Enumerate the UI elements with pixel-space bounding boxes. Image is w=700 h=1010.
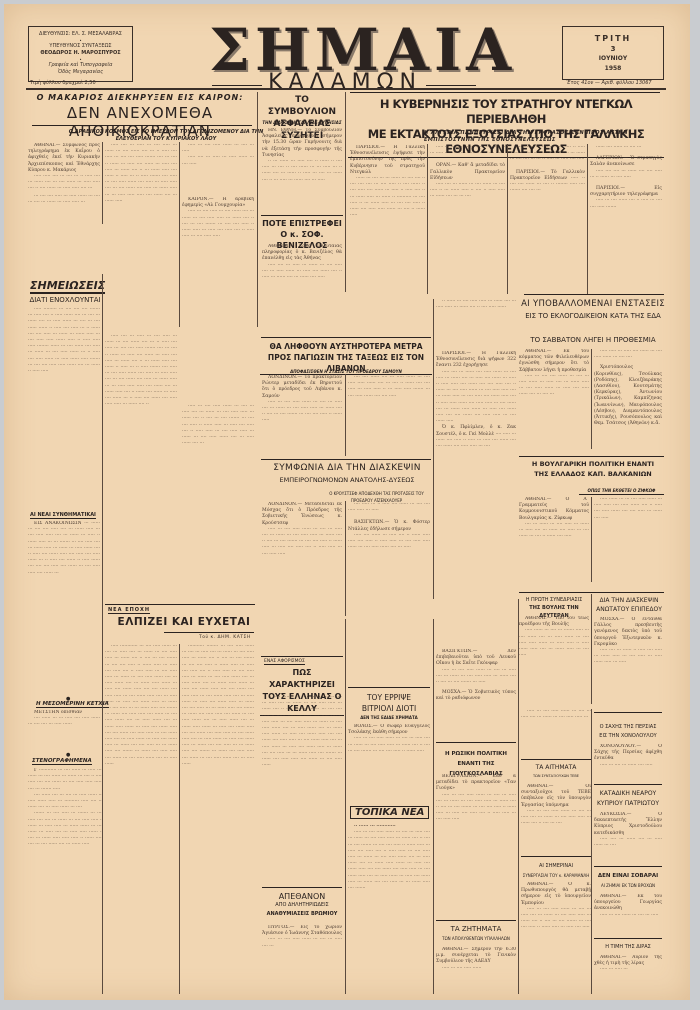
- degaulle-deck: Η ΑΛΓΕΡΙΑ ΠΑΝΗΓΥΡΙΖΕΙ ΔΙΑ ΤΗΝ ΕΚΦΡΑΣΘΕΙΣ…: [424, 130, 644, 144]
- lebanon-col-4: ΠΑΡΙΣΙΟΙ.— Ἡ Γαλλικὴ Ἐθνοσυνέλευσις διὰ …: [436, 351, 516, 596]
- dismissed-body: ΑΘΗΝΑΙ.— Σήμερον τὴν 6.30 μ.μ. συνέρχετα…: [436, 947, 516, 992]
- article-text: ΑΘΗΝΑΙ.— Ὁ κ. Πρωθυπουργὸς θὰ μεταβῇ σήμ…: [521, 882, 591, 907]
- eda-headline-3: ΤΟ ΣΑΒΒΑΤΟΝ ΛΗΓΕΙ Η ΠΡΟΘΕΣΜΙΑ: [518, 336, 668, 344]
- parliament-body: ΑΘΗΝΑΙ.— Ὑπὸ τοῦ τέως προέδρου τῆς Βουλῆ…: [519, 616, 589, 711]
- makarios-col-3b: ····· ··· ···· ····· ······ ··· ···· ···…: [182, 404, 254, 574]
- headline-line: ΔΕΝ ΕΙΝΑΙ ΣΟΒΑΡΑΙ: [592, 872, 664, 881]
- year: 1958: [563, 65, 663, 72]
- bulgaria-deck: ΟΠΩΣ ΤΗΝ ΕΚΘΕΤΕΙ Ο ΖΙΦΚΩΦ: [579, 487, 664, 495]
- article-text: ΛΕΥΚΩΣΙΑ.— Ὁ δεκαεπταετὴς Ἕλλην Κύπριος …: [594, 812, 662, 837]
- aphorism-section-label: ΕΝΑΣ ΑΦΟΡΙΣΜΟΣ: [264, 659, 305, 665]
- headline-line: ΤΑ ΖΗΤΗΜΑΤΑ: [434, 924, 518, 934]
- column-rule: [427, 144, 428, 294]
- headline-line: ΤΑ ΑΙΤΗΜΑΤΑ: [519, 764, 593, 772]
- rule: [594, 866, 662, 867]
- column-rule: [345, 92, 346, 292]
- article-text: ···· ····· ··· ·· ····· ···· ······ ··· …: [348, 502, 430, 514]
- article-text: ····· ··· ···· ····· ······ ··· ···· ···…: [521, 907, 591, 932]
- headline-line: ΑΠΟ ΔΗΛΗΤΗΡΙΩΔΕΙΣ: [260, 901, 344, 910]
- headline-line: ΑΝΩΤΑΤΟΥ ΕΠΙΠΕΔΟΥ: [593, 605, 665, 614]
- new-era-section-label: ΝΕΑ ΕΠΟΧΗ: [108, 607, 150, 614]
- article-text: ···· ···· ······ ···· ··· ····· ······ ·…: [348, 375, 430, 400]
- article-text: ····· ···· ··· ······ ·· ····· ···· ····…: [594, 648, 662, 667]
- day-of-week: ΤΡΙΤΗ: [563, 34, 663, 43]
- article-text: ·· ····· ········ ··· ···· ····· ······ …: [262, 695, 342, 769]
- article-text: ΚΑΪΡΟΝ.— Ἡ ἀραβικὴ ἐφημερὶς «Αλ Γουμχουρ…: [182, 197, 254, 209]
- column-rule: [345, 501, 346, 616]
- article-text: ΕΙΣ ΑΝΑΚΟΙΝΩΣΙΝ ··· ······ ··· ···· ····…: [28, 521, 100, 577]
- codes-section-title: ΑΙ ΝΕΑΙ ΣΥΝΘΗΜΑΤΙΚΑΙ: [30, 512, 96, 519]
- rule: [164, 632, 254, 633]
- eda-col-2: ····· ····· ··· ····· ···· ······ ··· ··…: [594, 349, 662, 454]
- article-text: ····· ··· ···· ····· ······: [436, 966, 516, 972]
- article-text: ΜΟΣΧΑ.— Ὁ ἐνταῦθα Γάλλος πρεσβευτὴς γενό…: [594, 617, 662, 648]
- headline-line: ΤΩΝ ΣΥΝΤΑΞΙΟΥΧΩΝ ΤΕΒΕ: [519, 772, 593, 780]
- article-text: ΠΑΡΙΣΙΟΙ.— Ἡ Γαλλικὴ Ἐθνοσυνέλευσις διὰ …: [436, 351, 516, 370]
- headline-line: ΔΙΑ ΤΗΝ ΔΙΑΣΚΕΨΙΝ: [593, 596, 665, 605]
- rule: [261, 656, 343, 657]
- hopes-byline: Τοῦ κ. ΔΗΜ. ΚΑΤΣΗ: [199, 635, 251, 640]
- column-rule: [102, 142, 103, 224]
- stenographed-body: Γ ············ ··· ···· ······ ··· ·····…: [28, 768, 103, 993]
- bulgaria-col-2: ····· ······ ··· ··· ···· ····· ······ ·…: [594, 497, 662, 579]
- headline-line: Ο ΣΑΧΗΣ ΤΗΣ ΠΕΡΣΙΑΣ: [592, 723, 664, 732]
- headline-line: ΤΗΣ ΕΛΛΑΔΟΣ ΚΑΠ. ΒΑΛΚΑΝΙΩΝ: [518, 469, 668, 479]
- article-text: ΠΑΡΙΣΙΟΙ.— Τὸ Γαλλικὸν Πρακτορεῖον Εἰδήσ…: [510, 170, 585, 195]
- article-text: ΒΑΣΙΓΚΤΩΝ.— Ὁ κ. Φόστερ Ντάλλες ἐδήλωσε …: [348, 520, 430, 532]
- cypriot-headline: ΚΑΤΑΔΙΚΗ ΝΕΑΡΟΥ ΚΥΠΡΙΟΥ ΠΑΤΡΙΩΤΟΥ: [592, 789, 664, 809]
- rule: [105, 604, 255, 605]
- codes-body: ΕΙΣ ΑΝΑΚΟΙΝΩΣΙΝ ··· ······ ··· ···· ····…: [28, 521, 100, 649]
- headline-line: ΑΙ ΖΗΜΙΑΙ ΕΚ ΤΩΝ ΒΡΟΧΩΝ: [592, 881, 664, 890]
- headline-line: ΠΟΤΕ ΕΠΙΣΤΡΕΦΕΙ: [261, 218, 343, 229]
- article-text: ····· ···· ··· ····· ··· ······ ··· ····…: [262, 263, 342, 282]
- degaulle-top-rule: [350, 92, 660, 93]
- notes-subtitle: ΔΙΑΤΙ ΕΝΟΧΛΟΥΝΤΑΙ: [26, 296, 104, 304]
- headline-line: Η ΒΟΥΛΓΑΡΙΚΗ ΠΟΛΙΤΙΚΗ ΕΝΑΝΤΙ: [518, 459, 668, 469]
- article-text: Γ ············ ··· ···· ······ ··· ·····…: [28, 768, 103, 793]
- rule: [348, 687, 430, 688]
- article-text: ΜΟΣΧΑ.— Ὁ Σοβιετικὸς τύπος καὶ τὸ ραδιόφ…: [436, 690, 516, 702]
- article-text: ····· ··· ···· ······ ··· ···· ··· ·····: [594, 913, 662, 919]
- article-text: ····· ··· ···· ····· ······ ··· ···· ···…: [436, 793, 516, 824]
- rule: [594, 938, 662, 939]
- cypriot-body: ΛΕΥΚΩΣΙΑ.— Ὁ δεκαεπταετὴς Ἕλλην Κύπριος …: [594, 812, 662, 862]
- editor-box: ΔΙΕΥΘΥΝΣΙΣ: ΕΛ. Σ. ΜΕΣΑΛΑΒΡΑΣ • ΥΠΕΥΘΥΝΟ…: [28, 26, 133, 82]
- teve-headline: ΤΑ ΑΙΤΗΜΑΤΑ ΤΩΝ ΣΥΝΤΑΞΙΟΥΧΩΝ ΤΕΒΕ: [519, 764, 593, 780]
- midday-body: ΜΕΤΣΤΗΝ ὁπισθίαν ···· ······ ··· ··· ···…: [28, 710, 100, 755]
- article-text: ····· ···· ···· ··· ······ ···· ···· ···…: [590, 169, 662, 181]
- article-text: ····· ··· ···· ····· ······ ··· ···· ···…: [262, 527, 342, 558]
- local-news-title: ΤΟΠΙΚΑ ΝΕΑ: [350, 806, 429, 819]
- article-text: ····· ··· ···· ····· ··· ···· ······ ···…: [182, 209, 254, 240]
- article-text: ···· ······· ··· ···· ··· ····· ···· ·· …: [510, 145, 585, 164]
- vitriol-headline: ΤΟΥ ΕΡΡΙΨΕ ΒΙΤΡΙΟΛΙ ΔΙΟΤΙ ΔΕΝ ΤΗΣ ΕΔΙΔΕ …: [347, 692, 431, 721]
- degaulle-col-3: ···· ······· ··· ···· ··· ····· ···· ·· …: [510, 145, 585, 295]
- karamanlis-headline: ΑΙ ΣΗΜΕΡΙΝΑΙ ΣΥΝΕΡΓΑΣΙΑΙ ΤΟΥ κ. ΚΑΡΑΜΑΝΛ…: [519, 862, 593, 880]
- article-text: ΠΑΡΙΣΙΟΙ.— Ἡ Γαλλικὴ Ἐθνοσυνέλευσις ἐψήφ…: [350, 145, 425, 176]
- vitriol-body: ΒΟΛΟΣ.— Ὁ σωφὲρ Εὐάγγελος Τσολάκης ἐκάθη…: [348, 724, 430, 799]
- article-text: ····· ···· ··· ······ ··· ···· ······ ··…: [430, 182, 505, 201]
- article-text: ·· ······ ··· ···· ····· ····· ··· ·····…: [436, 299, 516, 311]
- article-text: ΑΘΗΝΑΙ.— Κατὰ τελευταίας πληροφορίας ὁ κ…: [262, 244, 342, 263]
- article-text: ····· ··· ···· ····· ······ ··· ···· ···…: [348, 736, 430, 755]
- article-text: ΑΘΗΝΑΙ.— Σύμφωνος πρὸς τηλεγράφημα ἐκ Κα…: [28, 143, 100, 174]
- article-text: ····· ···· ··· ····· ··· ···· ····· ··· …: [105, 334, 177, 408]
- died-body: ΠΥΡΓΟΣ.— Εἰς τὸ χωρίον Ἀγιάσιον ὁ Ἰωάννη…: [262, 925, 342, 990]
- article-text: ΒΑΣΙΓΚΤΩΝ.— Δὲν ἐπιβεβαιοῦται ὑπὸ τοῦ Λε…: [436, 649, 516, 668]
- midday-section-title: Η ΜΕΣΟΜΕΡΙΝΗ ΚΕΤΧΙΑ: [36, 701, 109, 708]
- rule: [594, 712, 662, 713]
- headline-line: ΑΙ ΣΗΜΕΡΙΝΑΙ: [519, 862, 593, 871]
- experts-headline-2: ΕΜΠΕΙΡΟΓΝΩΜΟΝΩΝ ΑΝΑΤΟΛΗΣ-ΔΥΣΕΩΣ: [260, 476, 434, 484]
- rule: [436, 920, 516, 921]
- article-text: ··· ···· ···· ····· ··· ····· ······ ···…: [28, 194, 100, 206]
- lebanon-col-1: ΛΟΝΔΙΝΟΝ.— Τὸ πρακτορεῖον Ρώυτερ μεταδίδ…: [262, 375, 342, 455]
- article-text: ΑΛΓΕΡΙΟΝ.— Ὁ στρατηγὸς Σαλὰν ἀνεκοίνωσε: [590, 156, 662, 168]
- subtitle-rule-right: [426, 85, 476, 86]
- article-text: ····· ··· ···· ····· ······ ··· ···· ···…: [182, 404, 254, 447]
- article-text: ······ ···· ······ ··· ···· ···: [590, 145, 662, 151]
- venizelos-body: ΑΘΗΝΑΙ.— Κατὰ τελευταίας πληροφορίας ὁ κ…: [262, 244, 342, 329]
- rule: [521, 856, 591, 857]
- notes-body: ····· ········· ··· ···· ···· ···· ·····…: [28, 307, 100, 497]
- masthead-rule: [26, 88, 666, 90]
- damage-body: ΑΘΗΝΑΙ.— Ἐκ τοῦ ὑπουργείου Γεωργίας ἀνεκ…: [594, 894, 662, 936]
- article-text: ΒΕΛΙΓΡΑΔΙΟΝ.— Καθ' ἃ μεταδίδει τὸ πρακτο…: [436, 774, 516, 793]
- column-rule: [345, 619, 346, 994]
- shah-body: ΧΟΝΟΛΟΥΛΟΥ.— Ὁ Σάχης τῆς Περσίας ἀφίχθη …: [594, 744, 662, 780]
- stenographed-section-title: ΣΤΕΝΟΓΡΑΦΗΜΕΝΑ: [32, 758, 92, 765]
- parliament-body-2: ····· ··· ···· ····· ······ ··· ···· ···…: [521, 709, 591, 759]
- article-text: ····· ········· ··· ···· ···· ···· ·····…: [28, 307, 100, 375]
- article-text: ···· ······ ···· ··· ···· ··· ····· ····…: [28, 793, 103, 812]
- column-rule: [179, 142, 180, 327]
- karyon-body: ΚΑΪΡΟΝ.— Ἡ ἀραβικὴ ἐφημερὶς «Αλ Γουμχουρ…: [182, 197, 254, 325]
- month: ΙΟΥΝΙΟΥ: [563, 55, 663, 62]
- local-news-body: ·· ······ ··· ············ ····· ··· ···…: [348, 824, 430, 994]
- date-number: 3: [563, 45, 663, 53]
- security-council-body: ΗΝ. ΕΘΝΗ.— Τὸ Συμβούλιον Ἀσφαλείας συνέρ…: [262, 128, 342, 213]
- article-text: ····· ···· ··· ····· ··· ····· ······ ··…: [182, 155, 254, 167]
- dismissed-headline: ΤΑ ΖΗΤΗΜΑΤΑ ΤΩΝ ΑΠΟΛΥΘΕΝΤΩΝ ΥΠΑΛΛΗΛΩΝ: [434, 924, 518, 944]
- article-text: ····· ···· ··· ······ ···· ··· ····· ···…: [594, 837, 662, 849]
- eda-headline-2: ΕΙΣ ΤΟ ΕΚΛΟΓΟΔΙΚΕΙΟΝ ΚΑΤΑ ΤΗΣ ΕΔΑ: [518, 312, 668, 320]
- headline-rule: [32, 125, 252, 126]
- paper-price-headline: Η ΤΙΜΗ ΤΗΣ ΔΙΡΑΣ: [592, 944, 664, 950]
- headline-line: ΤΟΥ ΕΡΡΙΨΕ: [347, 692, 431, 703]
- headline-line: ΑΝΑΘΥΜΙΑΣΕΙΣ ΒΡΩΜΙΟΥ: [260, 910, 344, 919]
- lebanon-col-2: ···· ···· ······ ···· ··· ····· ······ ·…: [348, 375, 430, 455]
- headline-line: ΕΙΣ ΤΗΝ ΧΟΝΟΛΟΥΛΟΥ: [592, 732, 664, 741]
- column-rule: [102, 274, 103, 994]
- article-text: ΠΥΡΓΟΣ.— Εἰς τὸ χωρίον Ἀγιάσιον ὁ Ἰωάννη…: [262, 925, 342, 937]
- article-text: ······ ··· ···· ··· ··· ······ ··· ···· …: [350, 176, 425, 219]
- headline-line: Η ΡΩΣΙΚΗ ΠΟΛΙΤΙΚΗ: [434, 749, 518, 759]
- article-text: Ὁ κ. Πφλίμλεν, ὁ κ. Ζακ Σουστέλ, ὁ κ. Γκ…: [436, 425, 516, 450]
- column-rule: [591, 709, 592, 994]
- rule: [261, 215, 343, 216]
- article-text: ····· ··· ···· ······ ···· ·· ····· ··· …: [590, 198, 662, 210]
- article-text: ΑΘΗΝΑΙ.— Ἐκ τοῦ ὑπουργείου Γεωργίας ἀνεκ…: [594, 894, 662, 913]
- article-text: ·· ··· ······ ··· ····· ···· ·· ······ ·…: [262, 159, 342, 184]
- hopes-headline: ΕΛΠΙΖΕΙ ΚΑΙ ΕΥΧΕΤΑΙ: [114, 616, 254, 628]
- degaulle-col-2: ····· ··· ···· ··· ··· ······ ··· ···· ·…: [430, 145, 505, 295]
- shah-headline: Ο ΣΑΧΗΣ ΤΗΣ ΠΕΡΣΙΑΣ ΕΙΣ ΤΗΝ ΧΟΝΟΛΟΥΛΟΥ: [592, 723, 664, 741]
- rule: [262, 887, 342, 888]
- article-text: ΑΘΗΝΑΙ.— Ἐκ τοῦ κόμματος τῶν Φιλελευθέρω…: [519, 349, 589, 374]
- headline-line: ΣΥΝΕΡΓΑΣΙΑΙ ΤΟΥ κ. ΚΑΡΑΜΑΝΛΗ: [519, 871, 593, 880]
- article-text: ΑΘΗΝΑΙ.— Οἱ συνταξιοῦχοι τοῦ ΤΕΒΕ ὑπέβαλ…: [521, 784, 591, 809]
- article-text: ····· ··· ···· ····· ······ ··· ···· ···…: [521, 709, 591, 721]
- lebanon-deck: ΑΠΟΦΑΣΙΣΘΕΝ Η ΣΤΑΣΙΣ ΤΟΥ ΠΡΟΕΔΡΟΥ ΣΑΜΟΥΝ: [262, 368, 430, 375]
- article-text: ··········· ········ ··· ···· ····· ····…: [182, 644, 254, 768]
- editor-line: ΔΙΕΥΘΥΝΣΙΣ: ΕΛ. Σ. ΜΕΣΑΛΑΒΡΑΣ: [29, 31, 132, 38]
- headline-line: Η ΠΡΩΤΗ ΣΥΝΕΔΡΙΑΣΙΣ: [519, 596, 589, 604]
- hopes-col-1: ····· ············ ··· ···· ····· ······…: [105, 644, 177, 994]
- experts-col-2: ···· ····· ··· ·· ····· ···· ······ ··· …: [348, 502, 430, 652]
- article-text: ····· ··· ···· ····· ······ ··· ···· ···…: [182, 143, 254, 155]
- article-text: ΗΝ. ΕΘΝΗ.— Τὸ Συμβούλιον Ἀσφαλείας συνέρ…: [262, 128, 342, 159]
- article-text: Χριστόπουλος (Κορινθίας), Τσούλκας (Ροδό…: [594, 365, 662, 427]
- column-rule: [591, 349, 592, 449]
- makarios-deck: Ο ΑΡΑΒΙΚΟΣ ΚΟΣΜΟΣ ΕΙΣ ΤΟ ΠΛΕΥΡΟΝ ΤΟΥ ΑΓΩ…: [66, 129, 266, 143]
- column-rule: [587, 144, 588, 294]
- article-text: ····· ··· ···· ··· ··· ······ ··· ···· ·…: [430, 145, 505, 157]
- experts-col-1: ΛΟΝΔΙΝΟΝ.— Μεταδίδεται ἐκ Μόσχας ὅτι ὁ Π…: [262, 502, 342, 617]
- article-text: ····· ··· ···· ····· ······ ··· ···· ···…: [521, 809, 591, 828]
- rule: [261, 459, 431, 460]
- headline-line: ΤΟ ΣΥΜΒΟΥΛΙΟΝ: [261, 94, 343, 118]
- bulgaria-headline: Η ΒΟΥΛΓΑΡΙΚΗ ΠΟΛΙΤΙΚΗ ΕΝΑΝΤΙ ΤΗΣ ΕΛΛΑΔΟΣ…: [518, 459, 668, 479]
- article-text: ΑΘΗΝΑΙ.— Ὁ Α΄ Γραμματεὺς τοῦ Κομμουνιστι…: [519, 497, 589, 522]
- article-text: ΑΘΗΝΑΙ.— Αὔριον τῆς χθὲς ἡ τιμὴ τῆς λίρα…: [594, 955, 662, 967]
- hopes-col-2: ··········· ········ ··· ···· ····· ····…: [182, 644, 254, 994]
- article-text: ΑΘΗΝΑΙ.— Ὑπὸ τοῦ τέως προέδρου τῆς Βουλῆ…: [519, 616, 589, 628]
- rule: [261, 337, 431, 338]
- editor-line: Γραφεία καὶ Τυπογραφεῖα: [29, 62, 132, 69]
- experts-headline-1: ΣΥΜΦΩΝΙΑ ΔΙΑ ΤΗΝ ΔΙΑΣΚΕΨΙΝ: [260, 463, 434, 473]
- headline-line: ΑΠΕΘΑΝΟΝ: [260, 892, 344, 901]
- headline-line: ΠΩΣ ΧΑΡΑΚΤΗΡΙΖΕΙ: [260, 667, 344, 691]
- article-text: ····· ··· ···· ····· ······ ··· ···· ···…: [262, 400, 342, 425]
- newspaper-page: ΔΙΕΥΘΥΝΣΙΣ: ΕΛ. Σ. ΜΕΣΑΛΑΒΡΑΣ • ΥΠΕΥΘΥΝΟ…: [4, 4, 690, 1000]
- article-text: ····· ······ ··· ··· ···· ····· ······ ·…: [594, 497, 662, 522]
- makarios-kicker: Ο ΜΑΚΑΡΙΟΣ ΔΙΕΚΗΡΥΞΕΝ ΕΙΣ ΚΑΙΡΟΝ:: [26, 93, 254, 102]
- eda-headline-1: ΑΙ ΥΠΟΒΑΛΛΟΜΕΝΑΙ ΕΝΣΤΑΣΕΙΣ: [518, 299, 668, 309]
- rule: [519, 592, 664, 593]
- degaulle-col-1: ΠΑΡΙΣΙΟΙ.— Ἡ Γαλλικὴ Ἐθνοσυνέλευσις ἐψήφ…: [350, 145, 425, 295]
- article-text: ···· ··· ······ ··· ···· ····· ··· ·····…: [519, 522, 589, 541]
- editor-line: ΘΕΟΔΩΡΟΣ Η. ΜΑΡΟΣΠΥΡΟΣ: [29, 50, 132, 57]
- lebanon-col-3: ·· ······ ··· ···· ····· ····· ··· ·····…: [436, 299, 516, 339]
- column-rule: [591, 594, 592, 704]
- article-text: ΒΟΛΟΣ.— Ὁ σωφὲρ Εὐάγγελος Τσολάκης ἐκάθη…: [348, 724, 430, 736]
- headline-line: ΔΕΝ ΤΗΣ ΕΔΙΔΕ ΧΡΗΜΑΤΑ: [347, 714, 431, 721]
- article-text: ΛΟΝΔΙΝΟΝ.— Μεταδίδεται ἐκ Μόσχας ὅτι ὁ Π…: [262, 502, 342, 527]
- summit-body: ΜΟΣΧΑ.— Ὁ ἐνταῦθα Γάλλος πρεσβευτὴς γενό…: [594, 617, 662, 709]
- column-rule: [591, 497, 592, 582]
- article-text: ΠΑΡΙΣΙΟΙ.— Εἰς συγχαρητήριον τηλεγράφημα: [590, 186, 662, 198]
- article-text: ····· ···· ······ ··· ····· ···· ·· ····…: [348, 533, 430, 552]
- article-text: ····· ··· ····· ···: [594, 967, 662, 973]
- article-text: ····· ············ ··· ···· ····· ······…: [105, 644, 177, 768]
- article-text: ····· ····· ···· ··· ···· ··· ·· ····· ·…: [28, 174, 100, 193]
- editor-line: ΥΠΕΥΘΥΝΟΣ ΣΥΝΤΑΞΕΩΣ: [29, 43, 132, 50]
- article-text: ····· ··· ···· ···· ······ ··· ···· ··· …: [519, 374, 589, 399]
- summit-headline: ΔΙΑ ΤΗΝ ΔΙΑΣΚΕΨΙΝ ΑΝΩΤΑΤΟΥ ΕΠΙΠΕΔΟΥ: [593, 596, 665, 614]
- security-council-deck: ΤΗΝ ΔΙΑΦΟΡΑΝ ΓΑΛΛΙΑΣ-ΤΥΝΗΣΙΑΣ: [261, 119, 343, 126]
- article-text: ····· ······ ··· ···· ··· ······· ····· …: [519, 628, 589, 659]
- article-text: ΧΟΝΟΛΟΥΛΟΥ.— Ὁ Σάχης τῆς Περσίας ἀφίχθη …: [594, 744, 662, 763]
- eda-col-1: ΑΘΗΝΑΙ.— Ἐκ τοῦ κόμματος τῶν Φιλελευθέρω…: [519, 349, 589, 454]
- notes-section-title: ΣΗΜΕΙΩΣΕΙΣ: [30, 279, 105, 294]
- makarios-col-2: ····· ···· ··· ····· ··· ···· ····· ··· …: [105, 143, 177, 333]
- died-headline: ΑΠΕΘΑΝΟΝ ΑΠΟ ΔΗΛΗΤΗΡΙΩΔΕΙΣ ΑΝΑΘΥΜΙΑΣΕΙΣ …: [260, 892, 344, 919]
- article-text: ····· ··· ···· ··· ······ ···· ·····: [594, 763, 662, 769]
- rule: [524, 294, 664, 295]
- headline-line: ΚΑΤΑΔΙΚΗ ΝΕΑΡΟΥ: [592, 789, 664, 799]
- subtitle-rule-left: [212, 85, 262, 86]
- article-text: ····· ···· ··· ······ ···· ····· ······ …: [436, 370, 516, 426]
- issue-number: Ἔτος 41ον — Ἀριθ. φύλλου 13067: [566, 80, 652, 86]
- column-rule: [345, 374, 346, 456]
- column-rule: [257, 92, 258, 327]
- column-rule: [179, 644, 180, 994]
- headline-line: ΘΑ ΛΗΦΘΟΥΝ ΑΥΣΤΗΡΟΤΕΡΑ ΜΕΤΡΑ: [260, 341, 432, 352]
- rule: [436, 742, 516, 743]
- teve-body: ΑΘΗΝΑΙ.— Οἱ συνταξιοῦχοι τοῦ ΤΕΒΕ ὑπέβαλ…: [521, 784, 591, 859]
- article-text: ····· ··· ···· ····· ······ ··· ···· ···…: [262, 937, 342, 949]
- washington-body: ΒΑΣΙΓΚΤΩΝ.— Δὲν ἐπιβεβαιοῦται ὑπὸ τοῦ Λε…: [436, 649, 516, 734]
- article-text: ····· ····· ··· ····· ···· ······ ··· ··…: [594, 349, 662, 361]
- column-rule: [507, 144, 508, 294]
- headline-line: ΒΙΤΡΙΟΛΙ ΔΙΟΤΙ: [347, 703, 431, 714]
- column-rule: [433, 299, 434, 599]
- degaulle-col-4: ······ ···· ······ ··· ···· ··· ΑΛΓΕΡΙΟΝ…: [590, 145, 662, 295]
- rule: [519, 456, 664, 457]
- damage-headline: ΔΕΝ ΕΙΝΑΙ ΣΟΒΑΡΑΙ ΑΙ ΖΗΜΙΑΙ ΕΚ ΤΩΝ ΒΡΟΧΩ…: [592, 872, 664, 890]
- headline-line: ΤΩΝ ΑΠΟΛΥΘΕΝΤΩΝ ΥΠΑΛΛΗΛΩΝ: [434, 934, 518, 944]
- makarios-col-3: ····· ··· ···· ····· ······ ··· ···· ···…: [182, 143, 254, 193]
- article-text: ····· ···· ··· ····· ··· ···· ····· ··· …: [105, 143, 177, 205]
- rule: [521, 759, 591, 760]
- article-text: ····· ··· ···· ····· ······ ··· ···· ···…: [348, 830, 430, 892]
- karamanlis-body: ΑΘΗΝΑΙ.— Ὁ κ. Πρωθυπουργὸς θὰ μεταβῇ σήμ…: [521, 882, 591, 992]
- article-text: ···· ······ ··· ··· ····· ···· ····· ···…: [28, 716, 100, 728]
- yugoslavia-body: ΒΕΛΙΓΡΑΔΙΟΝ.— Καθ' ἃ μεταδίδει τὸ πρακτο…: [436, 774, 516, 864]
- date-box: ΤΡΙΤΗ 3 ΙΟΥΝΙΟΥ 1958: [562, 26, 664, 80]
- article-text: ΛΟΝΔΙΝΟΝ.— Τὸ πρακτορεῖον Ρώυτερ μεταδίδ…: [262, 375, 342, 400]
- makarios-col-2b: ····· ···· ··· ····· ··· ···· ····· ··· …: [105, 334, 177, 574]
- article-text: ΟΡΑΝ.— Καθ' ἃ μεταδίδει τὸ Γαλλικὸν Πρακ…: [430, 163, 505, 182]
- headline-line: Η ΚΥΒΕΡΝΗΣΙΣ ΤΟΥ ΣΤΡΑΤΗΓΟΥ ΝΤΕΓΚΩΛ ΠΕΡΙΕ…: [348, 97, 664, 127]
- column-rule: [518, 599, 519, 994]
- price-note: Τιμὴ φύλλου δραχμαὶ 2,50: [30, 80, 96, 86]
- headline-line: ΚΥΠΡΙΟΥ ΠΑΤΡΙΩΤΟΥ: [592, 799, 664, 809]
- paper-price-body: ΑΘΗΝΑΙ.— Αὔριον τῆς χθὲς ἡ τιμὴ τῆς λίρα…: [594, 955, 662, 985]
- article-text: ······· ··· ···· ····· ··· ······· ··· ·…: [28, 811, 103, 848]
- editor-line: Ὁδὸς Μεγαρανίας: [29, 69, 132, 76]
- okelly-body: ·· ····· ········ ··· ···· ····· ······ …: [262, 695, 342, 885]
- article-text: ΑΘΗΝΑΙ.— Σήμερον τὴν 6.30 μ.μ. συνέρχετα…: [436, 947, 516, 966]
- rule: [594, 784, 662, 785]
- article-text: ····· ··· ···· ····· ······ ··· ···· ···…: [436, 668, 516, 687]
- makarios-col-1b: ··· ···· ···· ····· ··· ····· ······ ···…: [28, 194, 100, 244]
- bulgaria-col-1: ΑΘΗΝΑΙ.— Ὁ Α΄ Γραμματεὺς τοῦ Κομμουνιστι…: [519, 497, 589, 579]
